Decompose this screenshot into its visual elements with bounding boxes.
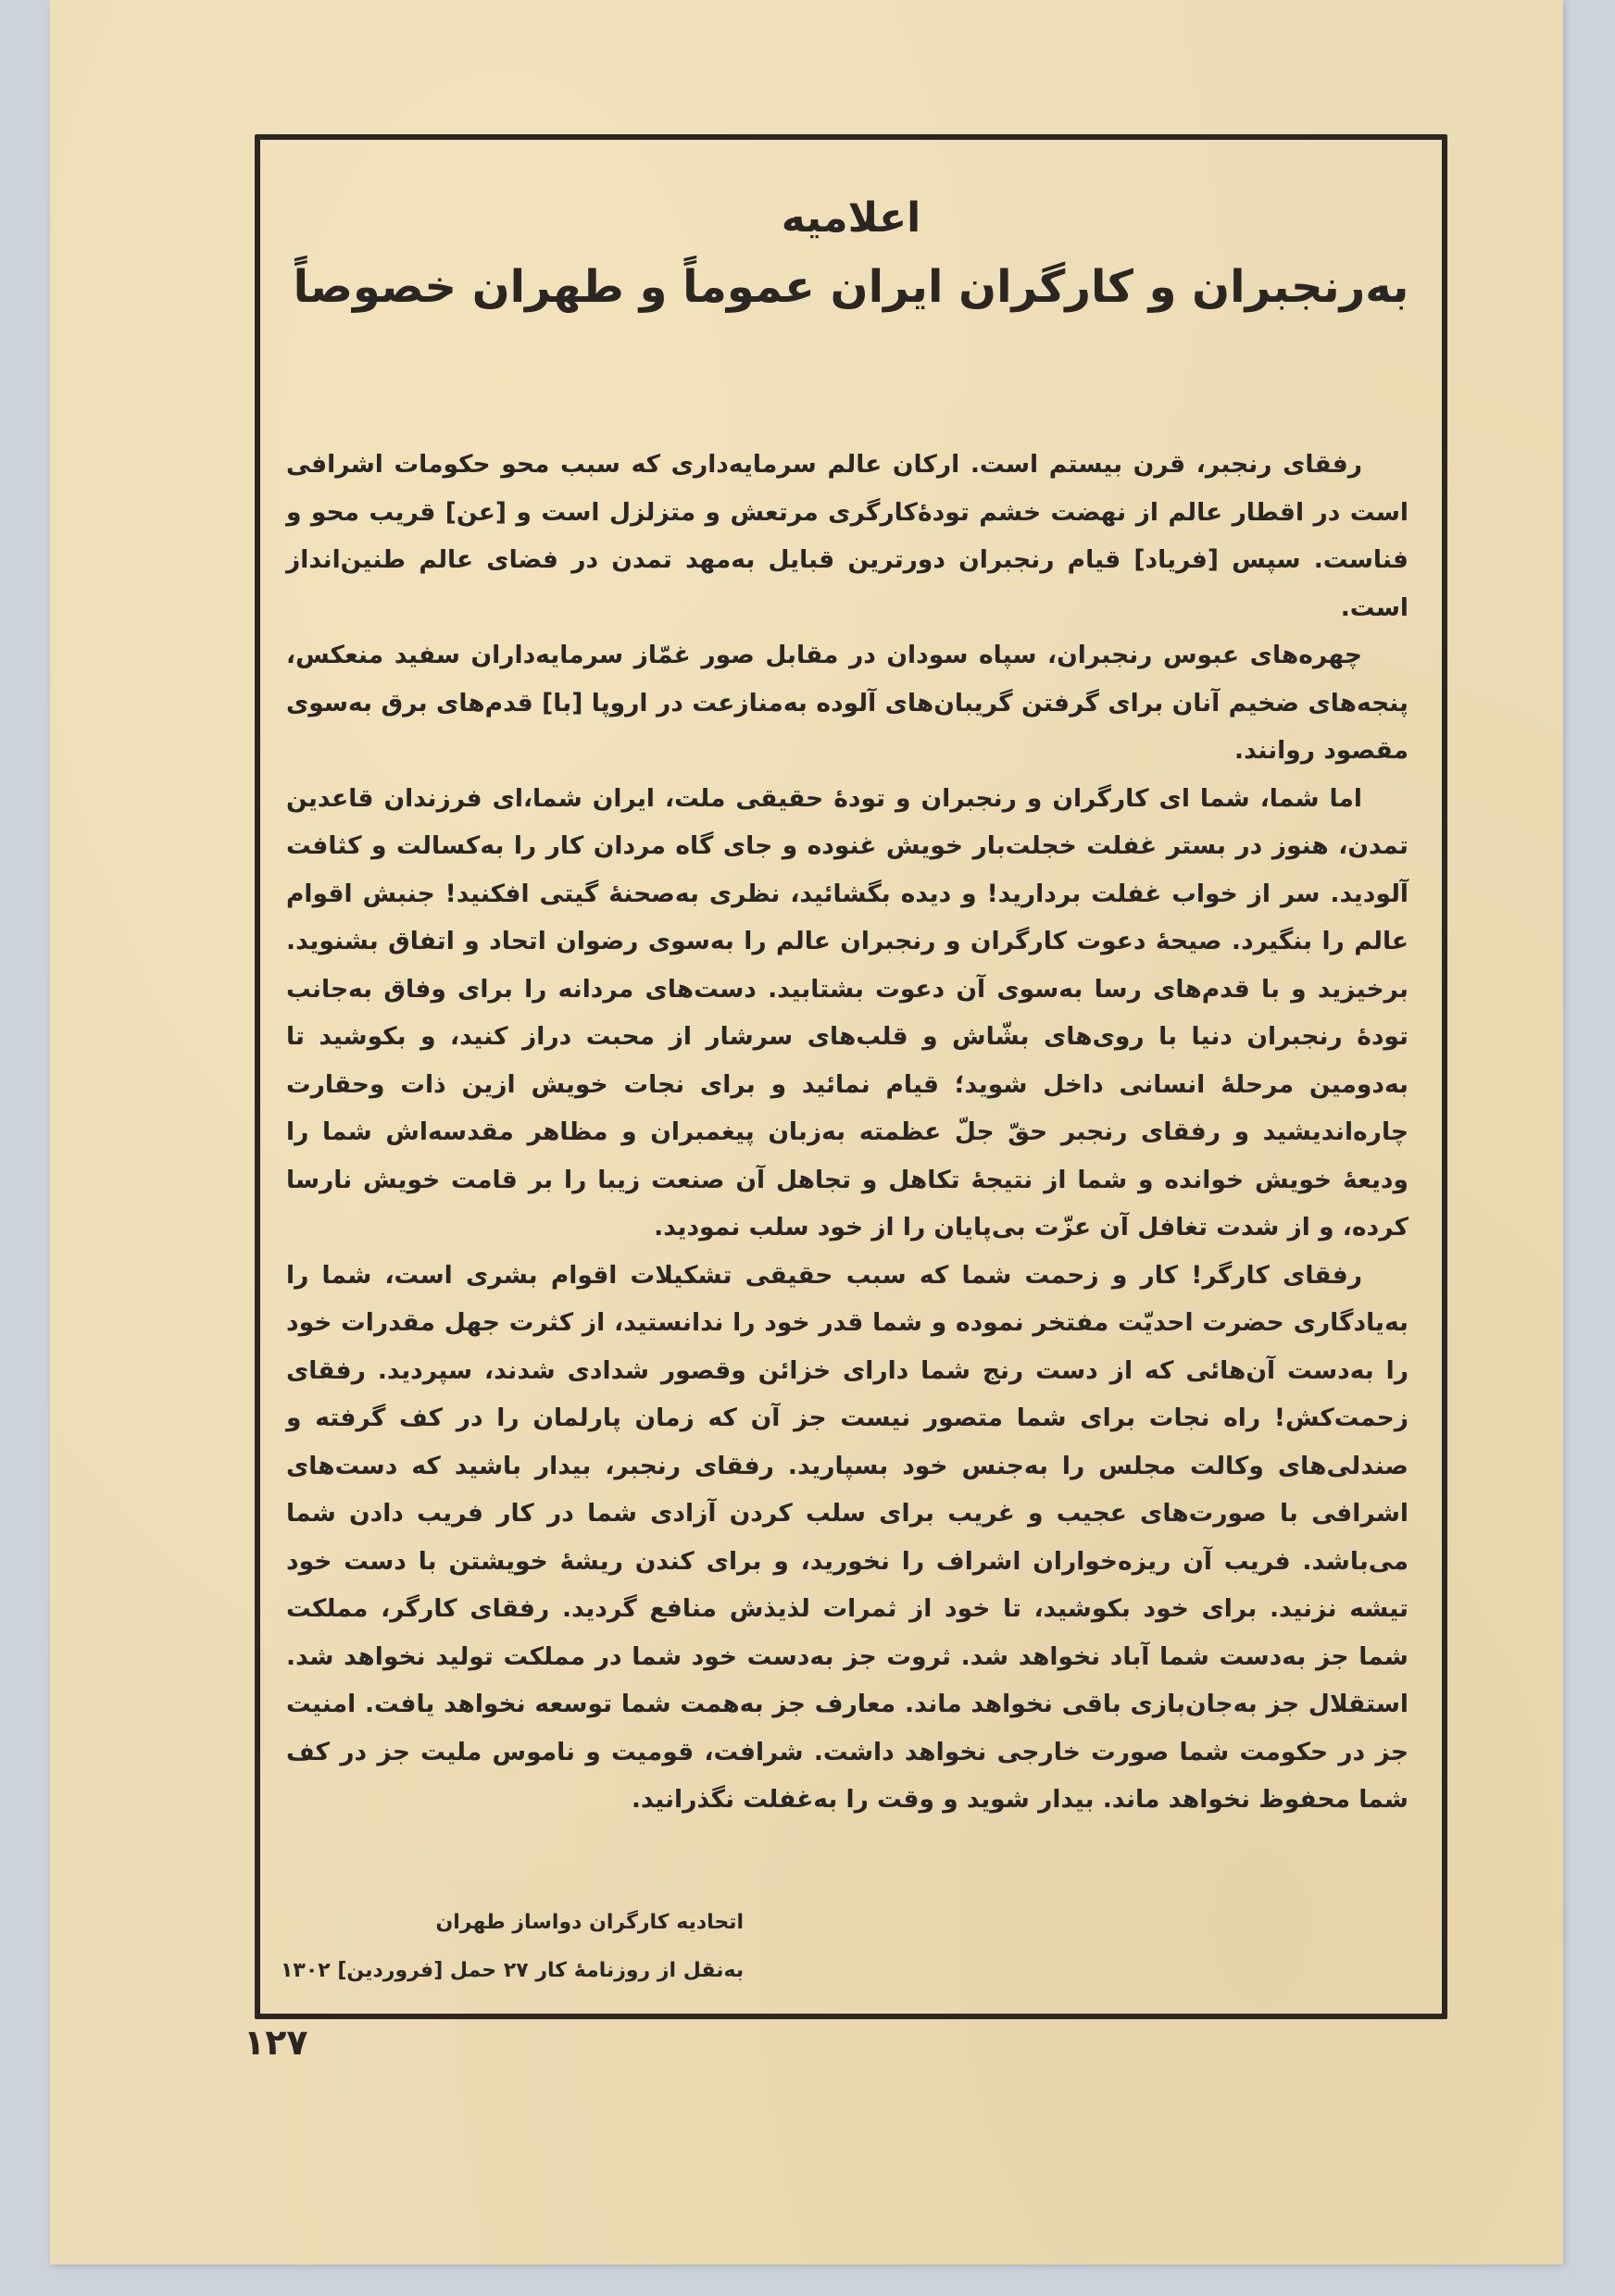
paragraph: رفقای کارگر! کار و زحمت شما که سبب حقیقی… [286,1252,1408,1824]
heading-block: اعلامیه به‌رنجبران و کارگران ایران عموما… [260,191,1442,320]
document-subtitle: به‌رنجبران و کارگران ایران عموماً و طهرا… [260,254,1442,320]
paragraph: رفقای رنجبر، قرن بیستم است. ارکان عالم س… [286,441,1408,631]
paragraph: اما شما، شما ای کارگران و رنجبران و توده… [286,775,1408,1252]
paragraph: چهره‌های عبوس رنجبران، سپاه سودان در مقا… [286,631,1408,775]
paper-page: اعلامیه به‌رنجبران و کارگران ایران عموما… [50,0,1563,2265]
source-citation: به‌نقل از روزنامهٔ کار ۲۷ حمل [فروردین] … [281,1947,744,1995]
page-number: ۱۲۷ [244,2022,308,2063]
signature-block: اتحادیه کارگران دواساز طهران به‌نقل از ر… [281,1899,744,1995]
signature-organization: اتحادیه کارگران دواساز طهران [281,1899,744,1947]
document-title: اعلامیه [260,191,1442,246]
document-frame: اعلامیه به‌رنجبران و کارگران ایران عموما… [255,134,1447,2019]
document-body: رفقای رنجبر، قرن بیستم است. ارکان عالم س… [286,441,1408,1824]
